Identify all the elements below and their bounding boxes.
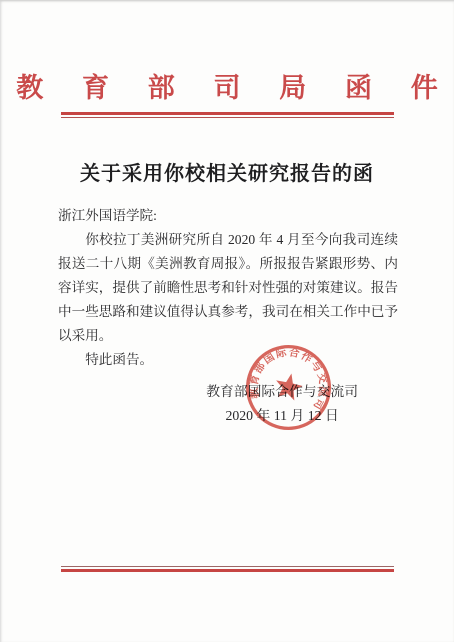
salutation: 浙江外国语学院: [58,204,398,228]
official-seal: 教育部国际合作与交流司 [232,331,345,444]
document-title: 关于采用你校相关研究报告的函 [0,157,454,186]
closing-line: 特此函告。 [58,348,398,372]
letterhead-title: 教 育 部 司 局 函 件 [0,66,454,105]
seal-star-icon [273,371,305,402]
body-paragraph: 你校拉丁美洲研究所自 2020 年 4 月至今向我司连续报送二十八期《美洲教育周… [58,228,398,348]
document-page: 教 育 部 司 局 函 件 关于采用你校相关研究报告的函 浙江外国语学院: 你校… [0,0,454,642]
footer-rule [61,566,394,572]
letterhead-rule [61,112,394,118]
scan-edge-top [0,0,454,2]
letter-body: 浙江外国语学院: 你校拉丁美洲研究所自 2020 年 4 月至今向我司连续报送二… [58,204,398,372]
